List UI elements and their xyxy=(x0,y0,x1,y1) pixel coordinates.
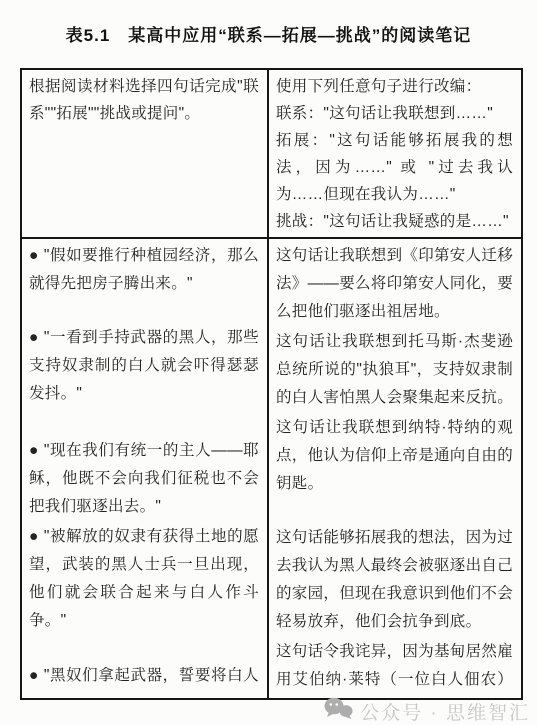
quote-item: ● "现在我们有统一的主人——耶稣，他既不会向我们征税也不会把我们驱逐出去。" xyxy=(29,437,259,521)
cell-task-instruction: 根据阅读材料选择四句话完成"联系""拓展""挑战或提问"。 xyxy=(21,69,268,238)
quote-item: ● "黑奴们拿起武器，誓要将白人驱逐出自己的土地。" xyxy=(29,662,259,694)
cell-student-responses: 这句话让我联想到《印第安人迁移法》——要么将印第安人同化，要么把他们驱逐出祖居地… xyxy=(268,238,522,699)
stem-intro: 使用下列任意句子进行改编： xyxy=(276,73,513,100)
notes-row: ● "假如要推行种植园经济，那么就得先把房子腾出来。" ● "一看到手持武器的黑… xyxy=(21,238,522,699)
cell-selected-quotes: ● "假如要推行种植园经济，那么就得先把房子腾出来。" ● "一看到手持武器的黑… xyxy=(21,238,268,699)
response-item: 这句话令我诧异，因为基甸居然雇用艾伯纳·莱特（一位白人佃农）帮他买地。 xyxy=(276,638,513,694)
stem-extend: 拓展："这句话能够拓展我的想法，因为……" 或 "过去我认为……但现在我认为……… xyxy=(276,127,513,208)
stem-challenge: 挑战："这句话让我疑惑的是……" xyxy=(276,208,513,233)
reading-notes-table: 根据阅读材料选择四句话完成"联系""拓展""挑战或提问"。 使用下列任意句子进行… xyxy=(20,68,523,700)
quote-item: ● "一看到手持武器的黑人，那些支持奴隶制的白人就会吓得瑟瑟发抖。" xyxy=(29,324,259,408)
scanned-document-page: 表5.1 某高中应用“联系—拓展—挑战”的阅读笔记 根据阅读材料选择四句话完成"… xyxy=(0,0,537,725)
instruction-row: 根据阅读材料选择四句话完成"联系""拓展""挑战或提问"。 使用下列任意句子进行… xyxy=(21,69,522,238)
task-instruction-text: 根据阅读材料选择四句话完成"联系""拓展""挑战或提问"。 xyxy=(29,73,259,127)
response-item: 这句话让我联想到托马斯·杰斐逊总统所说的"执狼耳"，支持奴隶制的白人害怕黑人会聚… xyxy=(276,328,513,412)
cell-sentence-stems: 使用下列任意句子进行改编： 联系："这句话让我联想到……" 拓展："这句话能够拓… xyxy=(268,69,522,238)
table-caption: 表5.1 某高中应用“联系—拓展—挑战”的阅读笔记 xyxy=(0,0,537,46)
response-item: 这句话让我联想到纳特·特纳的观点，他认为信仰上帝是通向自由的钥匙。 xyxy=(276,414,513,498)
watermark-text: 公众号 · 思维智汇 xyxy=(360,698,530,725)
watermark: 公众号 · 思维智汇 xyxy=(323,696,530,725)
quote-item: ● "被解放的奴隶有获得土地的愿望，武装的黑人士兵一旦出现，他们就会联合起来与白… xyxy=(29,523,259,635)
wechat-icon xyxy=(323,696,353,725)
response-item: 这句话能够拓展我的想法，因为过去我认为黑人最终会被驱逐出自己的家园，但现在我意识… xyxy=(276,524,513,636)
quote-item: ● "假如要推行种植园经济，那么就得先把房子腾出来。" xyxy=(29,242,259,298)
stem-connect: 联系："这句话让我联想到……" xyxy=(276,100,513,127)
response-item: 这句话让我联想到《印第安人迁移法》——要么将印第安人同化，要么把他们驱逐出祖居地… xyxy=(276,242,513,326)
